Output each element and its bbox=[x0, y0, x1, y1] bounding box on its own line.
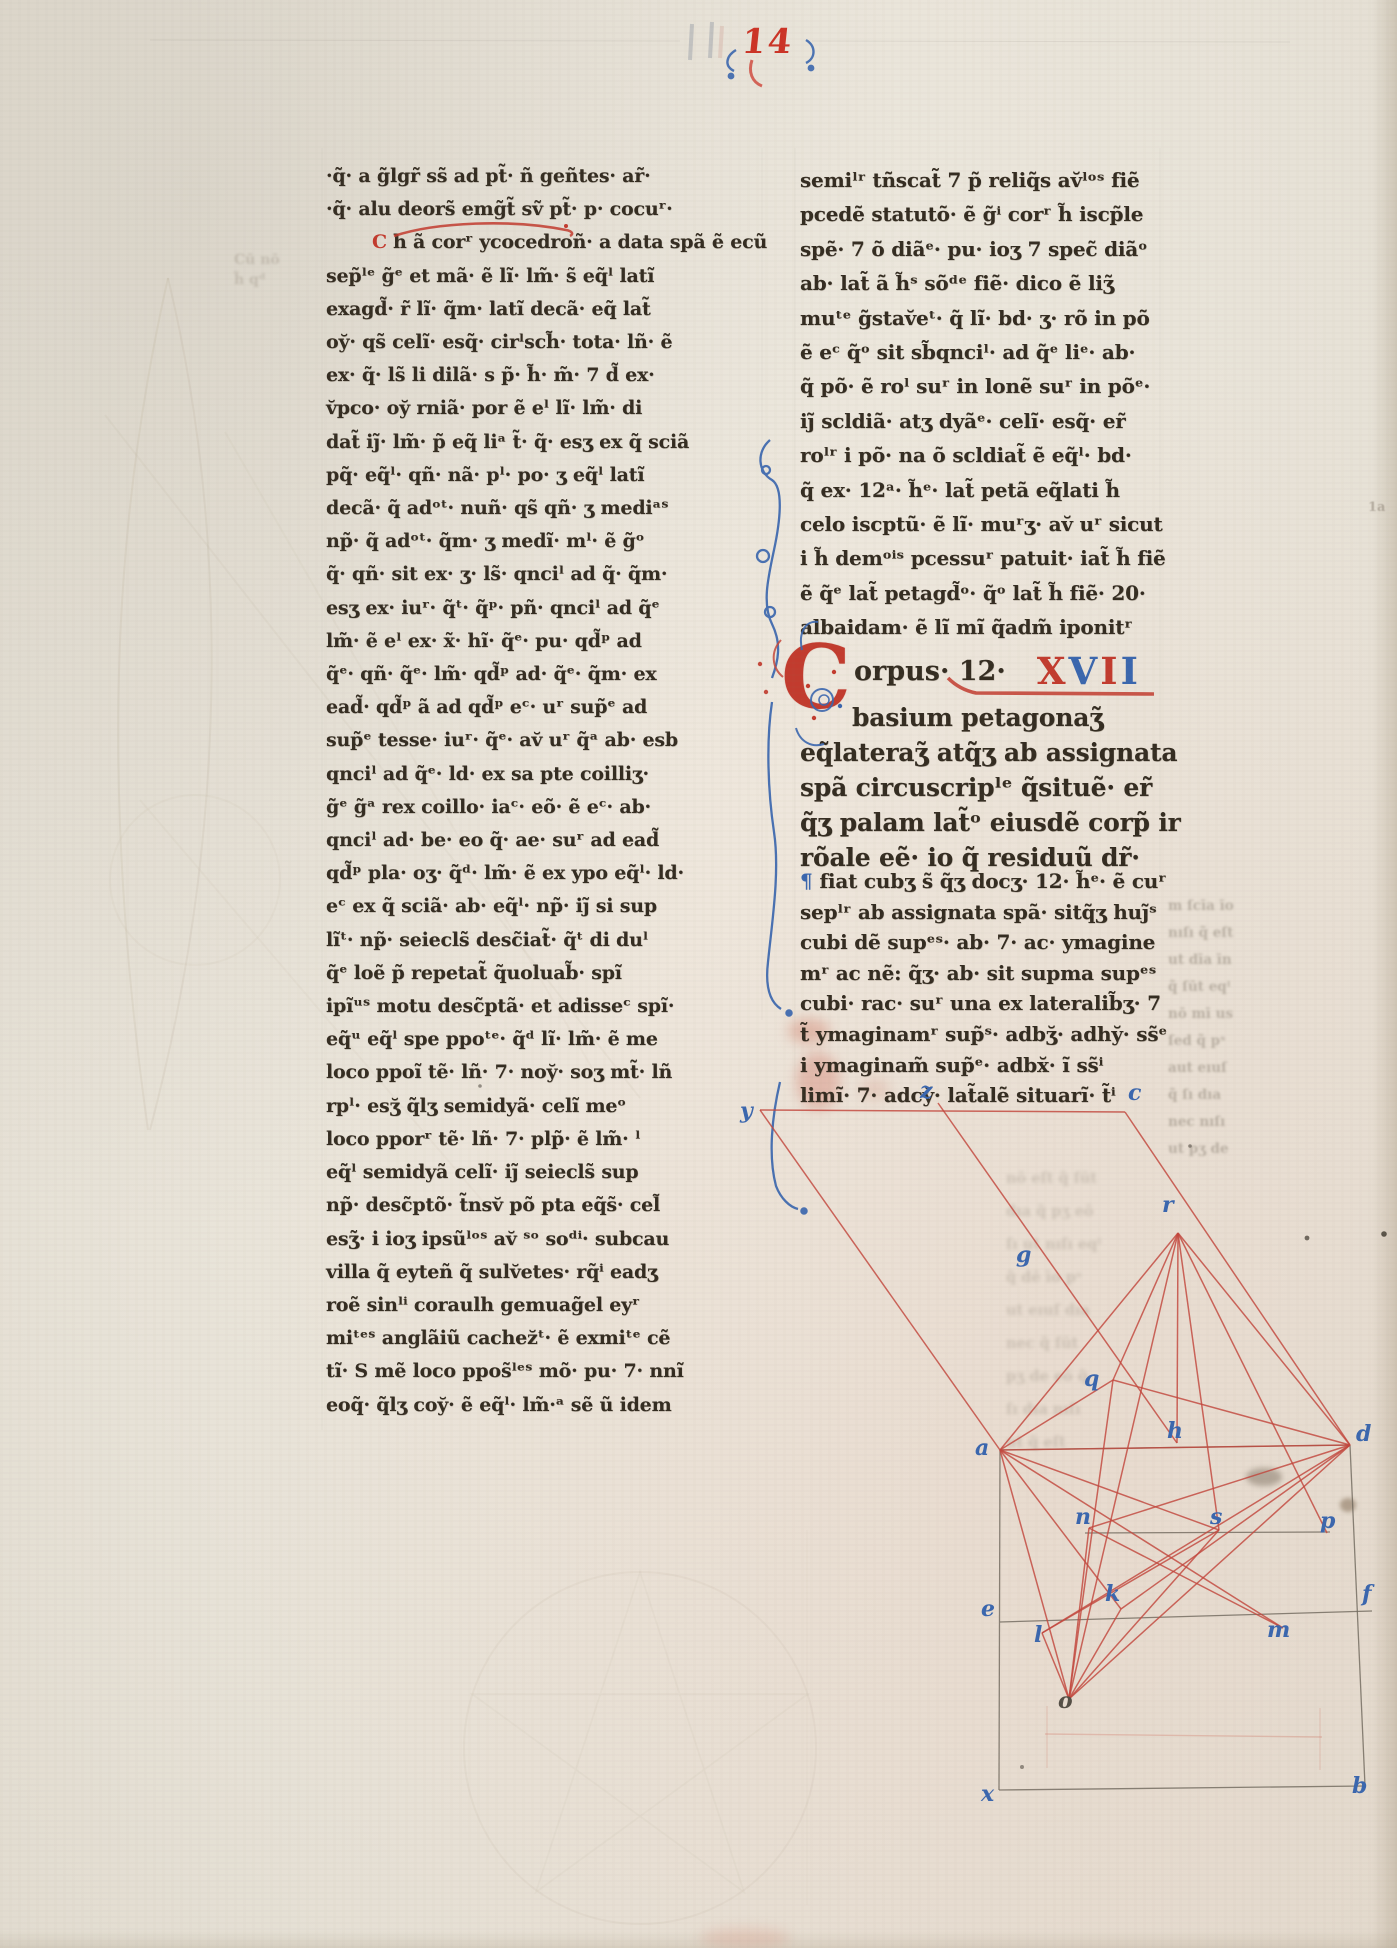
proposition-text: basium petagonaʒ̃eq̃lateraʒ̃ atq̃ʒ ab as… bbox=[800, 700, 1168, 875]
manuscript-line: roẽ sinˡⁱ coraulh gemuag̃el eyʳ bbox=[326, 1289, 762, 1322]
diagram-point-label-s: s bbox=[1209, 1504, 1222, 1530]
manuscript-line: ¶fiat cubʒ s̃ q̃ʒ docʒ· 12· h̃ᵉ· ẽ cuʳ bbox=[800, 866, 1164, 897]
diagram-point-label-x: x bbox=[980, 1781, 995, 1807]
manuscript-line: villa q̃ eyteñ q̃ sulv̆etes· rq̃ⁱ eadʒ bbox=[326, 1256, 762, 1289]
showthrough-line: nō eſt q̃ ſūt bbox=[1006, 1162, 1306, 1195]
geometry-diagram: yzcrgqahdnspelkmfoxb bbox=[739, 1078, 1375, 1807]
chapter-number-letter: X bbox=[1037, 649, 1069, 693]
blue-paragraph-mark: ¶ bbox=[800, 869, 820, 893]
showthrough-line: ſı ut nıſı eqˡ bbox=[1006, 1228, 1306, 1261]
diagram-point-label-d: d bbox=[1356, 1421, 1371, 1447]
chapter-number-letter: V bbox=[1069, 649, 1101, 693]
manuscript-line: albaidam· ẽ lĩ mĩ q̃adm̃ iponitʳ bbox=[800, 610, 1164, 644]
construction-red-line-cd bbox=[1125, 1112, 1350, 1445]
construction-red-line-do bbox=[1069, 1445, 1350, 1699]
page-edge-shadow bbox=[1371, 0, 1397, 1948]
erased-red-lines bbox=[1045, 1706, 1322, 1770]
construction-red-line-dk bbox=[1121, 1445, 1350, 1609]
showthrough-line: ut eıuſ dıa bbox=[1006, 1294, 1306, 1327]
folio-number: 14 bbox=[740, 22, 814, 62]
construction-red-line-os bbox=[1069, 1530, 1219, 1699]
diagram-point-label-b: b bbox=[1352, 1773, 1367, 1799]
construction-red-line-ya bbox=[760, 1110, 1000, 1450]
manuscript-line: qnciˡ ad· be· eo q̃· ae· suʳ ad ead̃ bbox=[326, 824, 762, 857]
manuscript-line: np̃· desc̃ptõ· t̃nsv̆ põ pta eq̃s̃· cel̃ bbox=[326, 1189, 762, 1222]
manuscript-line: ·q̃· alu deors̃ emg̃t̃ sṽ pt̃· p· cocuʳ· bbox=[326, 193, 762, 226]
manuscript-line: ead̃· qd̃ᵖ ã ad qd̃ᵖ eᶜ· uʳ sup̃ᵉ ad bbox=[326, 691, 762, 724]
manuscript-line: ab· lat̃ ã h̃ˢ sõᵈᵉ fiẽ· dico ẽ liʒ̃ bbox=[800, 266, 1164, 300]
construction-red-line-dn bbox=[1089, 1445, 1350, 1528]
diagram-point-label-n: n bbox=[1075, 1504, 1091, 1530]
manuscript-line: ẽ q̃ᵉ lat̃ petagd̃ᵒ· q̃ᵒ lat̃ h̃ fiẽ· 20… bbox=[800, 576, 1164, 610]
showthrough-line: pʒ de eō q̃ bbox=[1006, 1360, 1306, 1393]
manuscript-line: q̃ᵉ· qñ· q̃ᵉ· lm̃· qd̃ᵖ ad· q̃ᵉ· q̃m· ex bbox=[326, 658, 762, 691]
dirt-spot bbox=[1246, 1468, 1282, 1486]
diagram-point-label-g: g bbox=[1016, 1242, 1031, 1268]
manuscript-line: t̃ ymaginamʳ sup̃ˢ· adbʒ̆· adhy̆· ss̃ᵉ bbox=[800, 1019, 1164, 1050]
manuscript-line: esʒ ex· iuʳ· q̃ᵗ· q̃ᵖ· pñ· qnciˡ ad q̃ᵉ bbox=[326, 592, 762, 625]
chapter-number-letter: I bbox=[1100, 649, 1120, 693]
manuscript-line: ex· q̃· ls̃ li dilã· s p̃· h̃· m̃· 7 d̃ … bbox=[326, 359, 762, 392]
manuscript-line: q̃ʒ palam lat̃ᵒ eiusdẽ corp̃ ir bbox=[800, 805, 1168, 840]
manuscript-line: limĩ· 7· adcy̆· lat̃alẽ situarĩ· t̃ⁱ bbox=[800, 1080, 1164, 1111]
construction-red-line-nm bbox=[1089, 1528, 1283, 1628]
showthrough-text: nō eſt q̃ ſūtdıa q̃ pʒ eōſı ut nıſı eqˡq… bbox=[1006, 1162, 1306, 1459]
construction-red-line-zh bbox=[938, 1103, 1177, 1443]
construction-red-line-ok bbox=[1069, 1609, 1121, 1699]
construction-red-line-ol bbox=[1042, 1633, 1069, 1699]
diagram-point-label-p: p bbox=[1320, 1508, 1336, 1534]
manuscript-line: eq̃ˡ semidyã celĩ· ij̃ seiecls̃ sup bbox=[326, 1156, 762, 1189]
manuscript-line: rpˡ· esʒ̆ q̃lʒ semidyã· celĩ meᵒ bbox=[326, 1090, 762, 1123]
manuscript-line: q̃ põ· ẽ roˡ suʳ in lonẽ suʳ in põᵉ· bbox=[800, 369, 1164, 403]
manuscript-line: eq̃ᵘ eq̃ˡ spe ppoᵗᵉ· q̃ᵈ lĩ· lm̃· ẽ me bbox=[326, 1023, 762, 1056]
manuscript-line: semiˡʳ tñscat̃ 7 p̃ reliq̃s av̆ˡᵒˢ fiẽ bbox=[800, 163, 1164, 197]
manuscript-line: muᵗᵉ g̃stav̆eᵗ· q̃ lĩ· bd· ʒ· rõ in põ bbox=[800, 301, 1164, 335]
chapter-heading: orpus· 12· XVII bbox=[800, 649, 1180, 699]
right-column-upper: semiˡʳ tñscat̃ 7 p̃ reliq̃s av̆ˡᵒˢ fiẽpc… bbox=[800, 163, 1164, 645]
construction-red-line-ak bbox=[1000, 1450, 1121, 1609]
manuscript-line: decã· q̃ adᵒᵗ· nuñ· qs̃ qñ· ʒ mediᵃˢ bbox=[326, 492, 762, 525]
diagram-point-label-l: l bbox=[1034, 1622, 1042, 1648]
manuscript-line: mʳ ac nẽ: q̃ʒ· ab· sit supma supᵉˢ bbox=[800, 958, 1164, 989]
chapter-word: orpus· 12· bbox=[854, 656, 1006, 687]
manuscript-line: q̃· qñ· sit ex· ʒ· ls̃· qnciˡ ad q̃· q̃m… bbox=[326, 558, 762, 591]
construction-red-line-ao bbox=[1000, 1450, 1069, 1699]
construction-red-line-sl bbox=[1042, 1530, 1219, 1633]
construction-red-line-on bbox=[1069, 1528, 1089, 1699]
showthrough-line: ut pʒ de bbox=[1168, 1136, 1264, 1163]
cube-ink-line bbox=[1350, 1445, 1365, 1786]
manuscript-line: sep̃ˡᵉ g̃ᵉ et mã· ẽ lĩ· lm̃· s̃ eq̃ˡ lat… bbox=[326, 260, 762, 293]
manuscript-line: loco ppoĩ tẽ· lñ· 7· noy̆· soʒ mt̃· lñ bbox=[326, 1056, 762, 1089]
construction-red-line-am bbox=[1000, 1450, 1283, 1628]
manuscript-line: ipĩᵘˢ motu desc̃ptã· et adisseᶜ spĩ· bbox=[326, 990, 762, 1023]
diagram-point-label-q: q bbox=[1084, 1366, 1099, 1392]
manuscript-line: pcedẽ statutõ· ẽ g̃ⁱ corʳ h̃ iscp̃le bbox=[800, 197, 1164, 231]
diagram-point-label-a: a bbox=[975, 1435, 989, 1461]
chapter-number-letter: I bbox=[1121, 649, 1141, 693]
construction-red-line-dl bbox=[1042, 1445, 1350, 1633]
dirt-spot bbox=[1340, 1498, 1356, 1512]
manuscript-line: qnciˡ ad q̃ᵉ· ld· ex sa pte coilliʒ· bbox=[326, 758, 762, 791]
showthrough-pentagram bbox=[464, 1530, 816, 1924]
cube-ink-line bbox=[999, 1786, 1365, 1790]
manuscript-line: sup̃ᵉ tesse· iuʳ· q̃ᵉ· av̆ uʳ q̃ᵃ ab· es… bbox=[326, 724, 762, 757]
construction-red-line-rq bbox=[1113, 1233, 1178, 1380]
manuscript-line: np̃· q̃ adᵒᵗ· q̃m· ʒ medĩ· mˡ· ẽ g̃ᵒ bbox=[326, 525, 762, 558]
manuscript-line: eᶜ ex q̃ sciã· ab· eq̃ˡ· np̃· ij̃ si sup bbox=[326, 890, 762, 923]
showthrough-line: ut dīa īn bbox=[1168, 947, 1264, 974]
showthrough-line: nıſı q̃ eſt bbox=[1168, 920, 1264, 947]
manuscript-line: i h̃ demᵒⁱˢ pcessuʳ patuit· iat̃ h̃ fiẽ bbox=[800, 541, 1164, 575]
manuscript-line: q̃ᵉ loẽ p̃ repetat̃ q̃uoluab̃· spĩ bbox=[326, 957, 762, 990]
manuscript-line: v̆pco· oy̆ rniã· por ẽ eˡ lĩ· lm̃· di bbox=[326, 392, 762, 425]
manuscript-line: lm̃· ẽ eˡ ex· x̃· hĩ· q̃ᵉ· pu· qd̃ᵖ ad bbox=[326, 625, 762, 658]
cube-ink-line bbox=[1000, 1445, 1350, 1450]
showthrough-line: ſı dıa nıſı bbox=[1006, 1393, 1306, 1426]
manuscript-line: q̃ ex· 12ᵃ· h̃ᵉ· lat̃ petã eq̃lati h̃ bbox=[800, 473, 1164, 507]
construction-red-line-qd bbox=[1113, 1380, 1350, 1445]
manuscript-line: qd̃ᵖ pla· oʒ· q̃ᵈ· lm̃· ẽ ex ypo eq̃ˡ· l… bbox=[326, 857, 762, 890]
showthrough-line: q̃ ſı dıa bbox=[1168, 1082, 1264, 1109]
manuscript-line: celo iscptũ· ẽ lĩ· muʳʒ· av̆ uʳ sicut bbox=[800, 507, 1164, 541]
manuscript-line: sepˡʳ ab assignata spã· sitq̃ʒ huj̃ˢ bbox=[800, 897, 1164, 928]
cube-ink-line bbox=[1000, 1611, 1372, 1622]
showthrough-line: dıa q̃ pʒ eō bbox=[1006, 1195, 1306, 1228]
manuscript-line: pq̃· eq̃ˡ· qñ· nã· pˡ· po· ʒ eq̃ˡ latĩ bbox=[326, 459, 762, 492]
construction-red-line-ro bbox=[1069, 1233, 1178, 1699]
manuscript-line: spã circuscripˡᵉ q̃situẽ· er̃ bbox=[800, 770, 1168, 805]
chapter-number-roman: XVII bbox=[1037, 649, 1141, 693]
showthrough-line: aut eıuſ bbox=[1168, 1055, 1264, 1082]
diagram-point-label-m: m bbox=[1267, 1617, 1290, 1643]
red-paragraph-initial: C bbox=[372, 231, 393, 253]
construction-red-line-ra bbox=[1000, 1233, 1178, 1450]
cube-ink-line bbox=[1085, 1532, 1330, 1533]
cube-ink-line bbox=[999, 1450, 1000, 1790]
left-column: ·q̃· a g̃lgr̃ ss̃ ad pt̃· ñ geñtes· ar̃·… bbox=[326, 160, 762, 1422]
manuscript-line: cubi· rac· suʳ una ex lateralib̃ʒ· 7 bbox=[800, 988, 1164, 1019]
showthrough-line: q̃ ſūt eqˡ bbox=[1168, 974, 1264, 1001]
manuscript-line: basium petagonaʒ̃ bbox=[800, 700, 1168, 735]
diagram-point-label-r: r bbox=[1162, 1192, 1175, 1218]
manuscript-line: eq̃lateraʒ̃ atq̃ʒ ab assignata bbox=[800, 735, 1168, 770]
showthrough-line: q̃ dē īo pˢ bbox=[1006, 1261, 1306, 1294]
showthrough-line: nec nıſı bbox=[1168, 1109, 1264, 1136]
manuscript-line: miᵗᵉˢ anglãiũ cachez̆ᵗ· ẽ exmiᵗᵉ cẽ bbox=[326, 1322, 762, 1355]
diagram-point-label-o: o bbox=[1058, 1688, 1073, 1714]
manuscript-line: g̃ᵉ g̃ᵃ rex coillo· iaᶜ· eõ· ẽ eᶜ· ab· bbox=[326, 791, 762, 824]
showthrough-line: nō mī us bbox=[1168, 1001, 1264, 1028]
manuscript-line: tĩ· S mẽ loco ppos̃ˡᵉˢ mõ· pu· 7· nnĩ bbox=[326, 1355, 762, 1388]
manuscript-page: 14 bbox=[0, 0, 1397, 1948]
manuscript-line: exagd̃· r̃ lĩ· q̃m· latĩ decã· eq̃ lat̃ bbox=[326, 293, 762, 326]
construction-red-line-rd bbox=[1178, 1233, 1350, 1445]
manuscript-line: ẽ eᶜ q̃ᵒ sit sb̃qnciˡ· ad q̃ᵉ liᵉ· ab· bbox=[800, 335, 1164, 369]
manuscript-line: oy̆· qs̃ celĩ· esq̃· cirˡsch̃· tota· lñ·… bbox=[326, 326, 762, 359]
manuscript-line: spẽ· 7 õ diãᵉ· pu· ioʒ 7 spec̃ diãᵒ bbox=[800, 232, 1164, 266]
construction-red-line-rs bbox=[1178, 1233, 1219, 1530]
showthrough-line: m ſcīa īo bbox=[1168, 893, 1264, 920]
diagram-point-label-e: e bbox=[981, 1596, 995, 1622]
construction-red-line-ad bbox=[1000, 1445, 1350, 1450]
manuscript-line: dat̃ ij̃· lm̃· p̃ eq̃ liᵃ t̃· q̃· esʒ ex… bbox=[326, 426, 762, 459]
showthrough-line: ſed q̃ pˢ bbox=[1168, 1028, 1264, 1055]
page-bottom-shadow bbox=[0, 1930, 1397, 1948]
construction-red-line-rh bbox=[1177, 1233, 1178, 1443]
manuscript-line: lĩᵗ· np̃· seiecls̃ desc̃iat̃· q̃ᵗ di duˡ bbox=[326, 924, 762, 957]
manuscript-line: roˡʳ i põ· na õ scldiat̃ ẽ eq̃ˡ· bd· bbox=[800, 438, 1164, 472]
manuscript-line: eoq̃· q̃lʒ coy̆· ẽ eq̃ˡ· lm̃·ᵃ sẽ ũ idem bbox=[326, 1389, 762, 1422]
showthrough-text: m ſcīa īonıſı q̃ eſtut dīa īnq̃ ſūt eqˡn… bbox=[1168, 893, 1264, 1163]
construction-red-line-as bbox=[1000, 1450, 1219, 1530]
construction-red-line-qo bbox=[1069, 1380, 1113, 1699]
manuscript-line: esʒ̃· i ioʒ ipsũˡᵒˢ av̆ ˢᵒ soᵈⁱ· subcau bbox=[326, 1223, 762, 1256]
manuscript-line: ij̃ scldiã· atʒ dyãᵉ· celĩ· esq̃· er̃ bbox=[800, 404, 1164, 438]
manuscript-line: Ch ã corʳ ycocedroñ· a data spã ẽ ecũ bbox=[326, 226, 762, 259]
manuscript-line: cubi dẽ supᵉˢ· ab· 7· ac· ymagine bbox=[800, 927, 1164, 958]
offset-print-marks bbox=[690, 22, 722, 60]
diagram-point-label-k: k bbox=[1105, 1581, 1120, 1607]
showthrough-line: nec q̃ ſūt bbox=[1006, 1327, 1306, 1360]
manuscript-line: loco pporʳ tẽ· lñ· 7· plp̃· ẽ lm̃· ˡ bbox=[326, 1123, 762, 1156]
proof-text: ¶fiat cubʒ s̃ q̃ʒ docʒ· 12· h̃ᵉ· ẽ cuʳse… bbox=[800, 866, 1164, 1111]
showthrough-line: ut q̃ eſt bbox=[1006, 1426, 1306, 1459]
manuscript-line: i ymaginam̃ sup̃ᵉ· adbx̆· ĩ ss̃ⁱ bbox=[800, 1050, 1164, 1081]
diagram-point-label-h: h bbox=[1167, 1418, 1183, 1444]
construction-red-line-qa bbox=[1000, 1380, 1113, 1450]
manuscript-line: ·q̃· a g̃lgr̃ ss̃ ad pt̃· ñ geñtes· ar̃· bbox=[326, 160, 762, 193]
construction-red-line-rp bbox=[1178, 1233, 1327, 1533]
